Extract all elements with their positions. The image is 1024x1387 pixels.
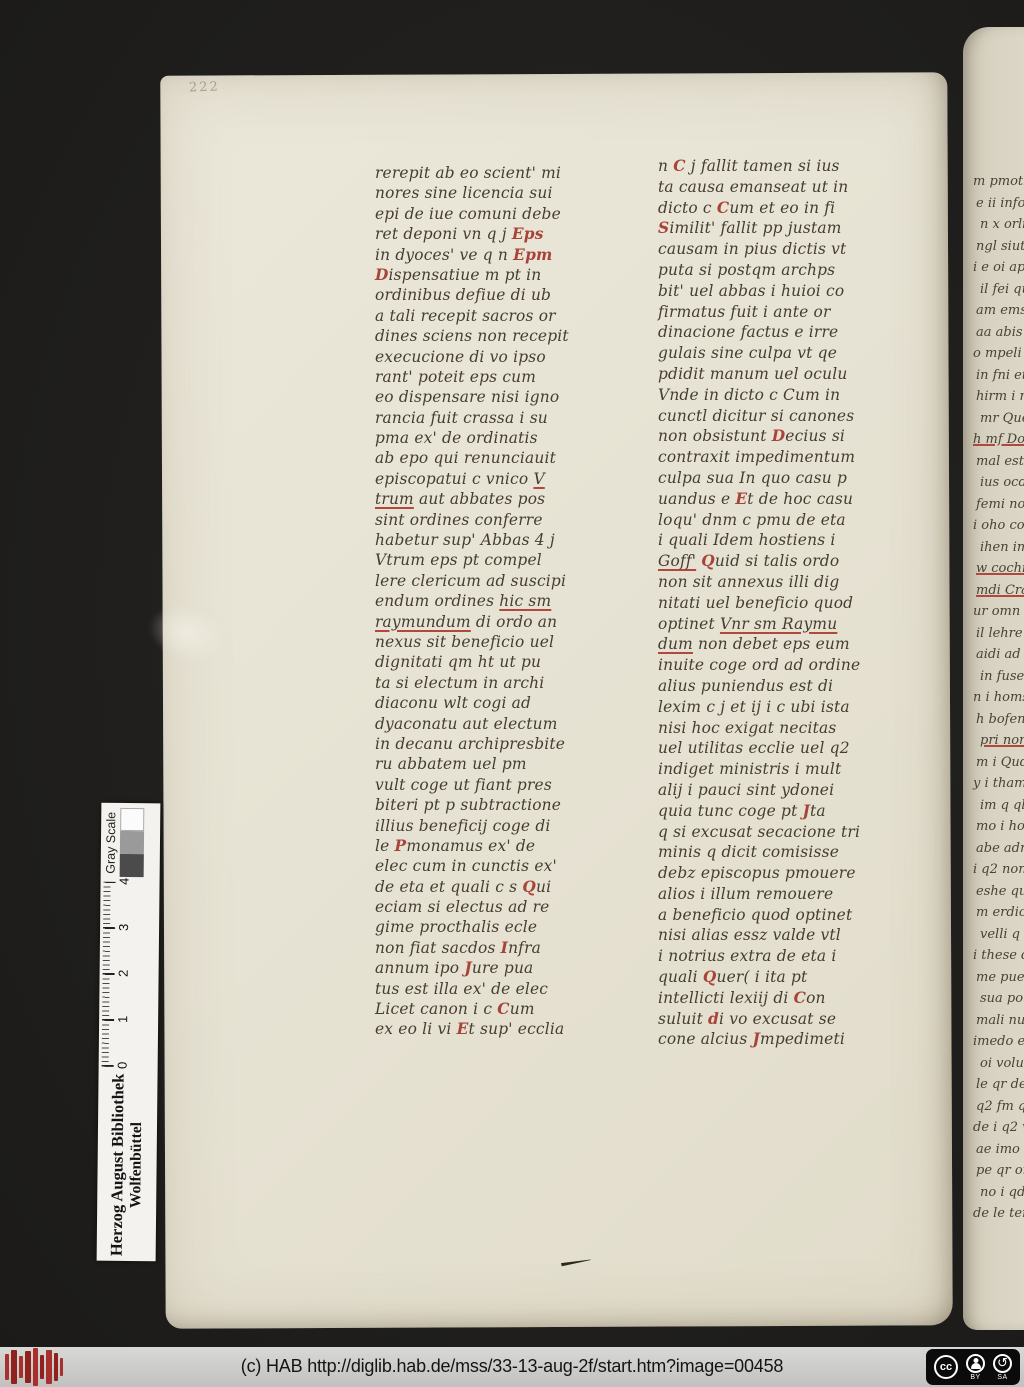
next-page-line-fragment: de i q2 villi	[963, 1120, 1024, 1142]
next-page-line-fragment: aidi ad p	[963, 647, 1024, 669]
manuscript-line: biteri pt p subtractione	[375, 796, 611, 816]
next-page-line-fragment: abe admem	[963, 841, 1024, 863]
next-page-line-fragment: n i homsf	[963, 690, 1024, 712]
manuscript-right-column: n C j fallit tamen si iusta causa emanse…	[658, 157, 918, 1051]
manuscript-line: raymundum di ordo an	[375, 613, 611, 633]
next-page-edge: m pmotie ii informan x orli aliangl siut…	[963, 27, 1024, 1330]
manuscript-line: cone alcius Jmpedimeti	[658, 1030, 918, 1051]
manuscript-line: rancia fuit crassa i su	[375, 409, 611, 429]
manuscript-line: rerepit ab eo scient' mi	[375, 164, 611, 184]
ruler-number: 0	[115, 1062, 130, 1069]
next-page-line-fragment: am emsat fo	[963, 303, 1024, 325]
manuscript-left-column: rerepit ab eo scient' minores sine licen…	[375, 164, 611, 1041]
manuscript-line: dicto c Cum et eo in fi	[658, 199, 918, 220]
institution-label: Herzog August Bibliothek Wolfenbüttel	[97, 1069, 158, 1262]
gray-scale-patch	[120, 808, 144, 831]
manuscript-line: in dyoces' ve q n Epm	[375, 246, 611, 266]
next-page-line-fragment: hirm i mo 7	[963, 389, 1024, 411]
pencil-folio-number: 222	[189, 79, 220, 95]
next-page-line-fragment: velli q de re	[963, 927, 1024, 949]
next-page-line-fragment: y i thamff	[963, 776, 1024, 798]
manuscript-line: contraxit impedimentum	[658, 448, 918, 469]
next-page-line-fragment: i e oi appell	[963, 260, 1024, 282]
manuscript-line: intellicti lexiij di Con	[658, 989, 918, 1010]
next-page-line-fragment: in fni et ben	[963, 368, 1024, 390]
manuscript-line: a beneficio quod optinet	[658, 906, 918, 927]
manuscript-line: ex eo li vi Et sup' ecclia	[375, 1020, 611, 1040]
manuscript-line: dyaconatu aut electum	[375, 715, 611, 735]
scan-frame: m pmotie ii informan x orli aliangl siut…	[0, 0, 1024, 1387]
manuscript-line: dinacione factus e irre	[658, 323, 918, 344]
manuscript-line: ta causa emanseat ut in	[658, 178, 918, 199]
next-page-line-fragment: i q2 non pt	[963, 862, 1024, 884]
manuscript-line: eo dispensare nisi igno	[375, 388, 611, 408]
next-page-line-fragment: n x orli alia	[963, 217, 1024, 239]
next-page-line-fragment: im q qleam	[963, 798, 1024, 820]
next-page-line-fragment: pe qr omi vo	[963, 1163, 1024, 1185]
manuscript-line: indiget ministris i mult	[658, 760, 918, 781]
ruler-number: 2	[116, 970, 131, 977]
cc-sa-block: ↻ SA	[993, 1354, 1012, 1381]
manuscript-line: alij i pauci sint ydonei	[658, 781, 918, 802]
manuscript-line: gime procthalis ecle	[375, 918, 611, 938]
next-page-line-fragment: h mf Dor	[963, 432, 1024, 454]
cc-logo-icon: cc	[934, 1355, 958, 1379]
manuscript-line: Dispensatiue m pt in	[375, 266, 611, 286]
manuscript-line: sint ordines conferre	[375, 511, 611, 531]
manuscript-line: le Pmonamus ex' de	[375, 837, 611, 857]
next-page-line-fragment: oi voluntati	[963, 1056, 1024, 1078]
next-page-line-fragment: mr Quer iud	[963, 411, 1024, 433]
manuscript-line: nisi alias essz valde vtl	[658, 926, 918, 947]
reference-strip: Herzog August Bibliothek Wolfenbüttel 01…	[97, 803, 161, 1262]
manuscript-line: cunctl dicitur si canones	[658, 407, 918, 428]
manuscript-line: ret deponi vn q j Eps	[375, 225, 611, 245]
next-page-line-fragment: w cochi Vir	[963, 561, 1024, 583]
manuscript-line: Vnde in dicto c Cum in	[658, 386, 918, 407]
next-page-line-fragment: ihen imper	[963, 540, 1024, 562]
next-page-line-fragment: m erdicim il s	[963, 905, 1024, 927]
manuscript-line: ta si electum in archi	[375, 674, 611, 694]
gray-scale-patches	[120, 808, 145, 877]
manuscript-line: debz episcopus pmouere	[658, 864, 918, 885]
next-page-line-fragment: m pmoti	[963, 174, 1024, 196]
next-page-line-fragment: il fei quib	[963, 282, 1024, 304]
copyright-url-text: (c) HAB http://diglib.hab.de/mss/33-13-a…	[0, 1356, 1024, 1377]
manuscript-line: trum aut abbates pos	[375, 490, 611, 510]
manuscript-line: alios i illum remouere	[658, 885, 918, 906]
manuscript-line: puta si postqm archps	[658, 261, 918, 282]
next-page-line-fragment: ur omn eps	[963, 604, 1024, 626]
manuscript-line: epi de iue comuni debe	[375, 205, 611, 225]
manuscript-line: nexus sit beneficio uel	[375, 633, 611, 653]
manuscript-line: q si excusat secacione tri	[658, 823, 918, 844]
manuscript-line: pdidit manum uel oculu	[658, 365, 918, 386]
manuscript-line: de eta et quali c s Qui	[375, 878, 611, 898]
cc-by-label: BY	[970, 1374, 980, 1381]
manuscript-line: lexim c j et ij i c ubi ista	[658, 698, 918, 719]
cc-by-person-icon	[966, 1354, 985, 1373]
next-page-line-fragment: ngl siut i n	[963, 239, 1024, 261]
next-page-line-fragment: aa abis alu	[963, 325, 1024, 347]
next-page-line-fragment: in fuseim i u	[963, 669, 1024, 691]
manuscript-line: non sit annexus illi dig	[658, 573, 918, 594]
manuscript-line: vult coge ut fiant pres	[375, 776, 611, 796]
next-page-line-fragment: femi non ce h	[963, 497, 1024, 519]
manuscript-line: uel utilitas ecclie uel q2	[658, 739, 918, 760]
manuscript-line: minis q dicit comisisse	[658, 843, 918, 864]
next-page-text-fragments: m pmotie ii informan x orli aliangl siut…	[963, 27, 1024, 1228]
cc-sa-arrow-icon: ↻	[993, 1354, 1012, 1373]
manuscript-line: culpa sua In quo casu p	[658, 469, 918, 490]
next-page-line-fragment: ae imo ad fm	[963, 1142, 1024, 1164]
manuscript-line: n C j fallit tamen si ius	[658, 157, 918, 178]
next-page-line-fragment: h bofend i q	[963, 712, 1024, 734]
manuscript-line: eciam si electus ad re	[375, 898, 611, 918]
manuscript-line: gulais sine culpa vt qe	[658, 344, 918, 365]
manuscript-line: suluit di vo excusat se	[658, 1010, 918, 1031]
manuscript-line: Goff' Quid si talis ordo	[658, 552, 918, 573]
manuscript-line: execucione di vo ipso	[375, 348, 611, 368]
next-page-line-fragment: ius ocdmenu	[963, 475, 1024, 497]
manuscript-line: firmatus fuit i ante or	[658, 303, 918, 324]
next-page-line-fragment: i oho compell	[963, 518, 1024, 540]
next-page-line-fragment: me puedi fm	[963, 970, 1024, 992]
next-page-line-fragment: le qr de tempo	[963, 1077, 1024, 1099]
next-page-line-fragment: i these di u	[963, 948, 1024, 970]
manuscript-line: inuite coge ord ad ordine	[658, 656, 918, 677]
manuscript-line: tus est illa ex' de elec	[375, 980, 611, 1000]
manuscript-line: bit' uel abbas i huioi co	[658, 282, 918, 303]
copyright-bar: (c) HAB http://diglib.hab.de/mss/33-13-a…	[0, 1347, 1024, 1387]
manuscript-line: endum ordines hic sm	[375, 592, 611, 612]
gray-scale-block: Gray Scale	[101, 803, 161, 884]
next-page-line-fragment: e ii informa	[963, 196, 1024, 218]
next-page-line-fragment: mdi Crab c	[963, 583, 1024, 605]
manuscript-line: dum non debet eps eum	[658, 635, 918, 656]
reference-strip-content: Herzog August Bibliothek Wolfenbüttel 01…	[97, 803, 161, 1262]
manuscript-line: loqu' dnm c pmu de eta	[658, 511, 918, 532]
cc-license-badge: cc BY ↻ SA	[926, 1349, 1020, 1385]
manuscript-line: uandus e Et de hoc casu	[658, 490, 918, 511]
manuscript-line: quali Quer( i ita pt	[658, 968, 918, 989]
institution-city: Wolfenbüttel	[127, 1069, 147, 1261]
manuscript-line: habetur sup' Abbas 4 j	[375, 531, 611, 551]
cm-ruler: 01234	[99, 883, 160, 1070]
manuscript-line: non obsistunt Decius si	[658, 427, 918, 448]
next-page-line-fragment: mo i ho i q	[963, 819, 1024, 841]
next-page-line-fragment: de le tempoi	[963, 1206, 1024, 1228]
manuscript-line: ru abbatem uel pm	[375, 755, 611, 775]
manuscript-line: Vtrum eps pt compel	[375, 551, 611, 571]
next-page-line-fragment: imedo eoy	[963, 1034, 1024, 1056]
manuscript-line: nitati uel beneficio quod	[658, 594, 918, 615]
next-page-line-fragment: no i qd e i	[963, 1185, 1024, 1207]
manuscript-line: quia tunc coge pt Jta	[658, 802, 918, 823]
next-page-line-fragment: q2 fm qui	[963, 1099, 1024, 1121]
manuscript-line: Similit' fallit pp justam	[658, 219, 918, 240]
manuscript-line: i quali Idem hostiens i	[658, 531, 918, 552]
cc-by-block: BY	[966, 1354, 985, 1381]
manuscript-line: dines sciens non recepit	[375, 327, 611, 347]
next-page-line-fragment: m i Qud	[963, 755, 1024, 777]
ruler-number: 4	[117, 878, 132, 885]
next-page-line-fragment: eshe quus fiat	[963, 884, 1024, 906]
manuscript-line: alius puniendus est di	[658, 677, 918, 698]
ruler-cm-ticks	[102, 882, 116, 1067]
manuscript-line: a tali recepit sacros or	[375, 307, 611, 327]
manuscript-line: nisi hoc exigat necitas	[658, 719, 918, 740]
manuscript-line: episcopatui c vnico V	[375, 470, 611, 490]
manuscript-line: in decanu archipresbite	[375, 735, 611, 755]
ruler-number: 1	[115, 1016, 130, 1023]
manuscript-line: illius beneficij coge di	[375, 817, 611, 837]
ruler-number: 3	[116, 924, 131, 931]
manuscript-line: annum ipo Jure pua	[375, 959, 611, 979]
next-page-line-fragment: o mpeli y fu	[963, 346, 1024, 368]
manuscript-line: pma ex' de ordinatis	[375, 429, 611, 449]
manuscript-line: non fiat sacdos Infra	[375, 939, 611, 959]
next-page-line-fragment: sua pomi diffi	[963, 991, 1024, 1013]
cc-sa-label: SA	[997, 1374, 1007, 1381]
gray-scale-label: Gray Scale	[104, 812, 119, 874]
manuscript-line: Licet canon i c Cum	[375, 1000, 611, 1020]
manuscript-line: optinet Vnr sm Raymu	[658, 615, 918, 636]
next-page-line-fragment: pri non bilt	[963, 733, 1024, 755]
manuscript-line: elec cum in cunctis ex'	[375, 857, 611, 877]
next-page-line-fragment: mal estie ce	[963, 454, 1024, 476]
manuscript-line: nores sine licencia sui	[375, 184, 611, 204]
manuscript-line: causam in pius dictis vt	[658, 240, 918, 261]
manuscript-line: dignitati qm ht ut pu	[375, 653, 611, 673]
manuscript-line: rant' poteit eps cum	[375, 368, 611, 388]
manuscript-line: diaconu wlt cogi ad	[375, 694, 611, 714]
manuscript-line: ordinibus defiue di ub	[375, 286, 611, 306]
next-page-line-fragment: mali nullo ne	[963, 1013, 1024, 1035]
manuscript-line: ab epo qui renunciauit	[375, 449, 611, 469]
gray-scale-patch	[120, 831, 144, 854]
manuscript-line: i notrius extra de eta i	[658, 947, 918, 968]
next-page-line-fragment: il lehre qr om	[963, 626, 1024, 648]
gray-scale-patch	[120, 854, 144, 877]
manuscript-line: lere clericum ad suscipi	[375, 572, 611, 592]
institution-name: Herzog August Bibliothek	[108, 1069, 129, 1261]
